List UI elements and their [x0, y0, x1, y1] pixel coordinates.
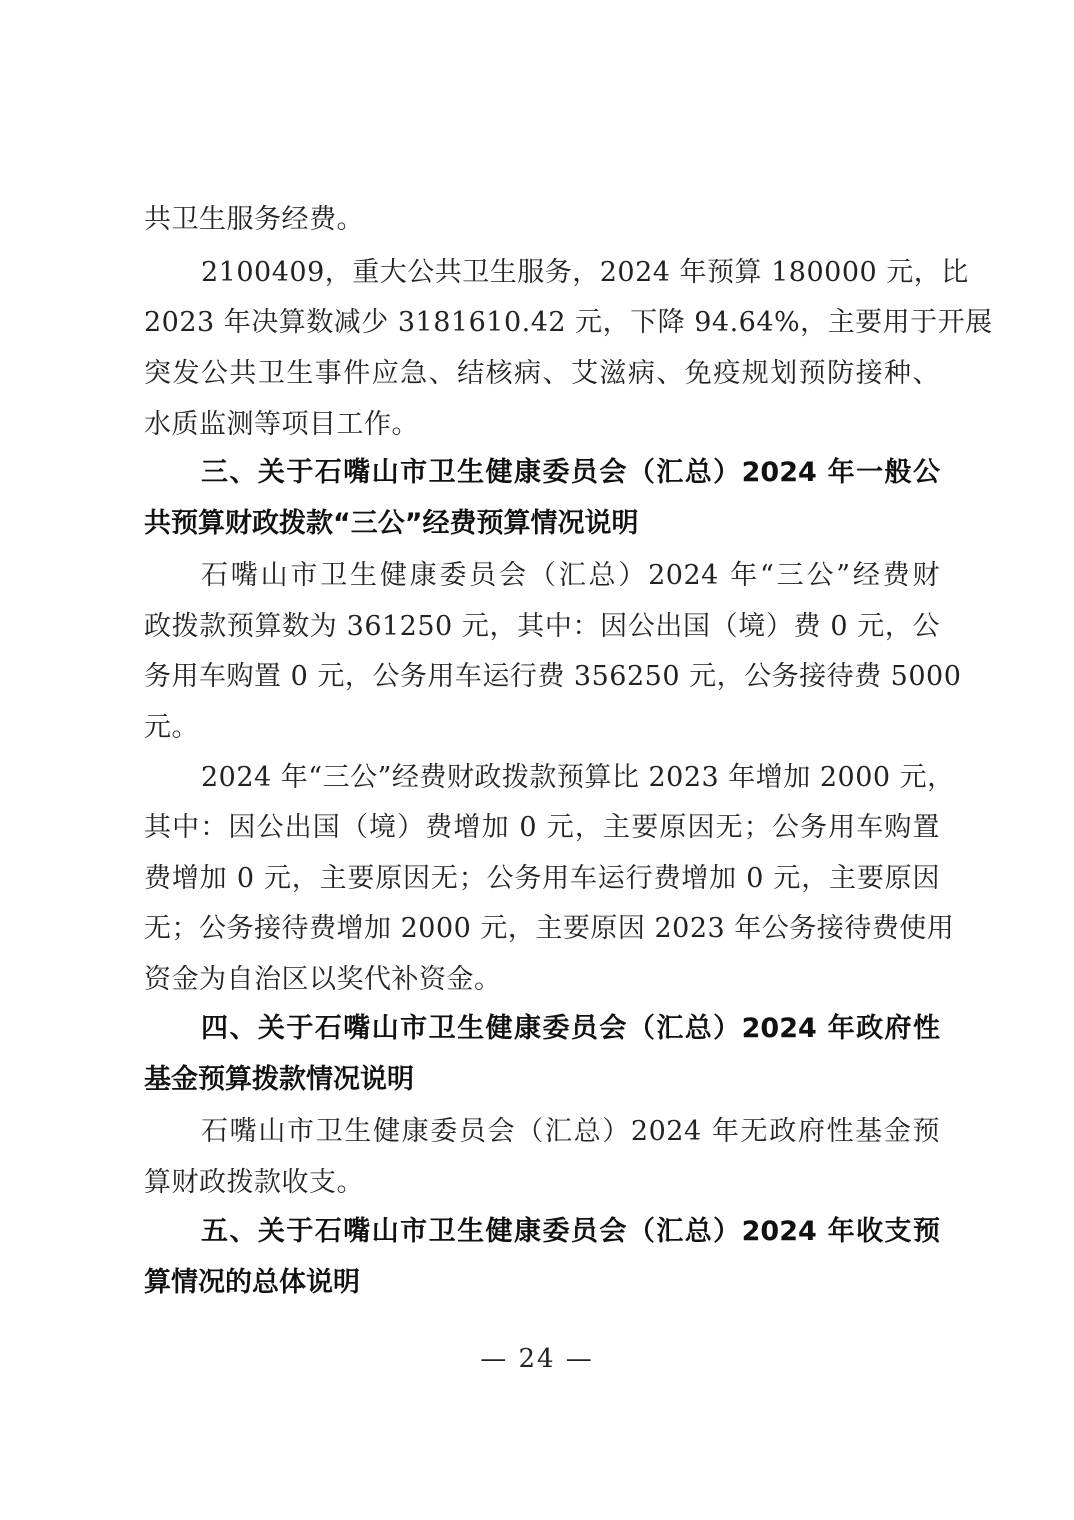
section-heading-3: 共预算财政拨款“三公”经费预算情况说明: [144, 507, 639, 541]
section-heading-5: 算情况的总体说明: [144, 1266, 360, 1300]
section-heading-5: 五、关于石嘴山市卫生健康委员会（汇总）2024 年收支预: [201, 1215, 940, 1249]
section-heading-4: 基金预算拨款情况说明: [144, 1063, 414, 1097]
body-text-line: 水质监测等项目工作。: [144, 408, 419, 442]
body-text-line: 石嘴山市卫生健康委员会（汇总）2024 年无政府性基金预: [201, 1115, 940, 1149]
page-number: — 24 —: [0, 1342, 1074, 1376]
body-text-line: 算财政拨款收支。: [144, 1166, 364, 1200]
body-text-line: 2024 年“三公”经费财政拨款预算比 2023 年增加 2000 元，: [201, 761, 940, 795]
body-text-line: 资金为自治区以奖代补资金。: [144, 963, 502, 997]
body-text-line: 无；公务接待费增加 2000 元，主要原因 2023 年公务接待费使用: [144, 912, 940, 946]
section-heading-3: 三、关于石嘴山市卫生健康委员会（汇总）2024 年一般公: [201, 456, 940, 490]
section-heading-4: 四、关于石嘴山市卫生健康委员会（汇总）2024 年政府性: [201, 1012, 940, 1046]
body-text-line: 其中：因公出国（境）费增加 0 元，主要原因无；公务用车购置: [144, 811, 940, 845]
body-text-line: 突发公共卫生事件应急、结核病、艾滋病、免疫规划预防接种、: [144, 357, 940, 391]
body-text-line: 共卫生服务经费。: [144, 203, 364, 237]
body-text-line: 2023 年决算数减少 3181610.42 元，下降 94.64%，主要用于开…: [144, 306, 940, 340]
body-text-line: 石嘴山市卫生健康委员会（汇总）2024 年“三公”经费财: [201, 559, 940, 593]
document-page: 共卫生服务经费。 2100409，重大公共卫生服务，2024 年预算 18000…: [0, 0, 1074, 1520]
body-text-line: 政拨款预算数为 361250 元，其中：因公出国（境）费 0 元，公: [144, 610, 940, 644]
body-text-line: 元。: [144, 711, 199, 745]
body-text-line: 费增加 0 元，主要原因无；公务用车运行费增加 0 元，主要原因: [144, 862, 940, 896]
body-text-line: 务用车购置 0 元，公务用车运行费 356250 元，公务接待费 5000: [144, 660, 940, 694]
body-text-line: 2100409，重大公共卫生服务，2024 年预算 180000 元，比: [201, 256, 940, 290]
